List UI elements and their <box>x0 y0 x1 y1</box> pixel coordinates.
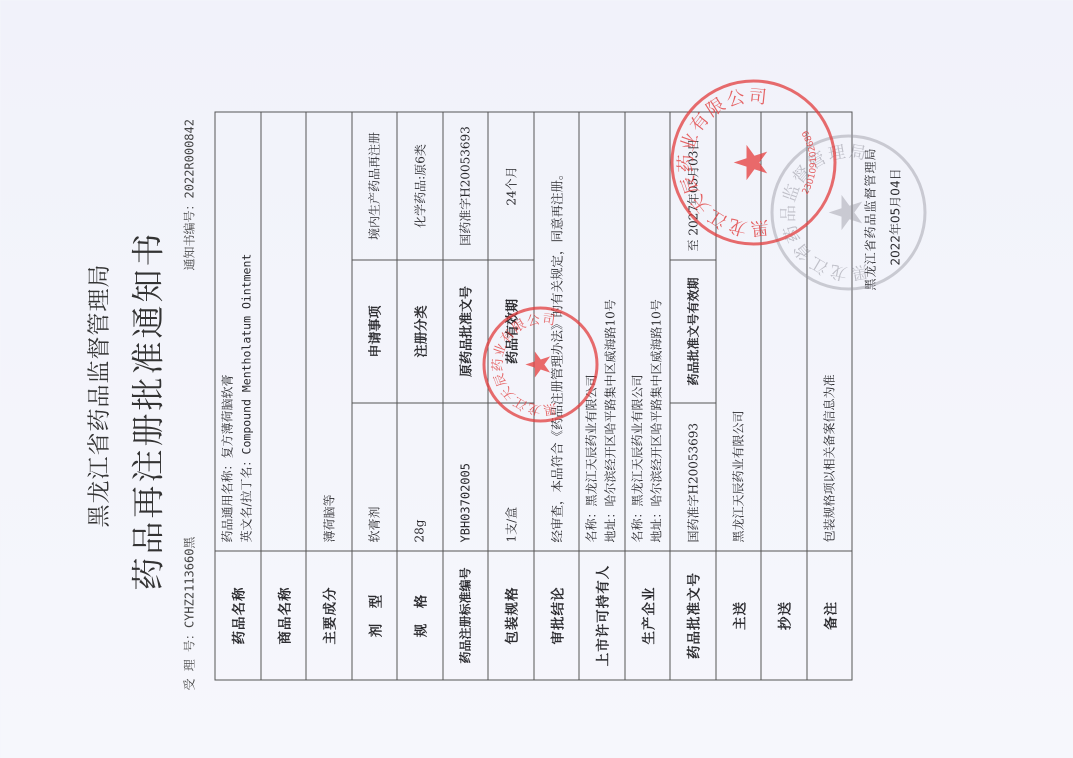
notice-number: 通知书编号：2022R000842 <box>180 119 197 271</box>
mah-address-label: 地址： <box>603 506 617 542</box>
signature-date: 2022年05月04日 <box>886 168 903 265</box>
ingredients-label: 主要成分 <box>306 551 352 680</box>
english-name-label: 英文名/拉丁名： <box>239 454 253 542</box>
generic-name-value: 复方薄荷脑软膏 <box>220 374 234 458</box>
document-title: 药品再注册批准通知书 <box>122 62 169 758</box>
receipt-number: 受 理 号：CYHZ2113660黑 <box>180 536 197 690</box>
shelf-life-label: 药品有效期 <box>488 260 534 403</box>
generic-name-label: 药品通用名称： <box>220 458 234 542</box>
manufacturer-address-value: 哈尔滨经开区哈平路集中区威海路10号 <box>649 299 663 506</box>
manufacturer-label: 生产企业 <box>624 551 670 680</box>
table-row-drug-name: 药品名称 药品通用名称：复方薄荷脑软膏 英文名/拉丁名：Compound Men… <box>215 111 261 679</box>
packaging-value: 1支/盒 <box>488 403 534 551</box>
main-recipient-label: 主送 <box>715 551 761 680</box>
table-row-packaging: 包装规格 1支/盒 药品有效期 24个月 <box>488 111 534 679</box>
remarks-value: 包装规格项以相关备案信息为准 <box>806 111 852 550</box>
ingredients-value: 薄荷脑等 <box>306 111 352 550</box>
cc-label: 抄送 <box>761 551 807 680</box>
table-row-cc: 抄送 <box>761 111 807 679</box>
packaging-label: 包装规格 <box>488 551 534 680</box>
signature-agency: 黑龙江省药品监督管理局 <box>861 147 878 290</box>
table-row-specification: 规 格 28g 注册分类 化学药品:原6类 <box>397 111 443 679</box>
table-row-manufacturer: 生产企业 名称：黑龙江天辰药业有限公司 地址：哈尔滨经开区哈平路集中区威海路10… <box>624 111 670 679</box>
main-recipient-value: 黑龙江天辰药业有限公司 <box>715 111 761 550</box>
standard-no-value: YBH03702005 <box>442 403 488 551</box>
approval-notice-page: 黑龙江省药品监督管理局 药品再注册批准通知书 受 理 号：CYHZ2113660… <box>0 0 1073 758</box>
registration-info-table: 药品名称 药品通用名称：复方薄荷脑软膏 英文名/拉丁名：Compound Men… <box>214 111 852 680</box>
mah-name-value: 黑龙江天辰药业有限公司 <box>584 374 598 506</box>
registration-category-value: 化学药品:原6类 <box>397 111 443 259</box>
conclusion-label: 审批结论 <box>533 551 579 680</box>
receipt-number-value: CYHZ2113660黑 <box>182 536 196 627</box>
dosage-form-value: 软膏剂 <box>351 403 397 551</box>
conclusion-value: 经审查，本品符合《药品注册管理办法》的有关规定，同意再注册。 <box>533 111 579 550</box>
drug-name-value: 药品通用名称：复方薄荷脑软膏 英文名/拉丁名：Compound Menthola… <box>215 111 261 550</box>
mah-value: 名称：黑龙江天辰药业有限公司 地址：哈尔滨经开区哈平路集中区威海路10号 <box>579 111 625 550</box>
manufacturer-address-label: 地址： <box>649 506 663 542</box>
table-row-standard-no: 药品注册标准编号 YBH03702005 原药品批准文号 国药准字H200536… <box>442 111 488 679</box>
drug-name-label: 药品名称 <box>215 551 261 680</box>
table-row-trade-name: 商品名称 <box>260 111 306 679</box>
mah-label: 上市许可持有人 <box>579 551 625 680</box>
approval-validity-label: 药品批准文号有效期 <box>670 260 716 403</box>
table-row-ingredients: 主要成分 薄荷脑等 <box>306 111 352 679</box>
original-approval-no-label: 原药品批准文号 <box>442 260 488 403</box>
dosage-form-label: 剂 型 <box>351 551 397 680</box>
original-approval-no-value: 国药准字H20053693 <box>442 111 488 259</box>
approval-validity-value: 至 2027年05月03日 <box>670 111 716 259</box>
table-row-remarks: 备注 包装规格项以相关备案信息为准 <box>806 111 852 679</box>
application-item-value: 境内生产药品再注册 <box>351 111 397 259</box>
mah-name-label: 名称： <box>584 506 598 542</box>
registration-category-label: 注册分类 <box>397 260 443 403</box>
table-row-conclusion: 审批结论 经审查，本品符合《药品注册管理办法》的有关规定，同意再注册。 <box>533 111 579 679</box>
remarks-label: 备注 <box>806 551 852 680</box>
table-row-dosage-form: 剂 型 软膏剂 申请事项 境内生产药品再注册 <box>351 111 397 679</box>
manufacturer-name-value: 黑龙江天辰药业有限公司 <box>630 374 644 506</box>
english-name-value: Compound Mentholatum Ointment <box>239 253 253 454</box>
approval-no-value: 国药准字H20053693 <box>670 403 716 551</box>
receipt-number-label: 受 理 号： <box>182 628 196 690</box>
shelf-life-value: 24个月 <box>488 111 534 259</box>
table-row-mah: 上市许可持有人 名称：黑龙江天辰药业有限公司 地址：哈尔滨经开区哈平路集中区威海… <box>579 111 625 679</box>
specification-label: 规 格 <box>397 551 443 680</box>
trade-name-label: 商品名称 <box>260 551 306 680</box>
notice-number-value: 2022R000842 <box>182 119 196 198</box>
standard-no-label: 药品注册标准编号 <box>442 551 488 680</box>
manufacturer-value: 名称：黑龙江天辰药业有限公司 地址：哈尔滨经开区哈平路集中区威海路10号 <box>624 111 670 550</box>
issuing-agency-title: 黑龙江省药品监督管理局 <box>80 32 113 758</box>
manufacturer-name-label: 名称： <box>630 506 644 542</box>
notice-number-label: 通知书编号： <box>182 198 196 270</box>
table-row-main-recipient: 主送 黑龙江天辰药业有限公司 <box>715 111 761 679</box>
specification-value: 28g <box>397 403 443 551</box>
cc-value <box>761 111 807 550</box>
trade-name-value <box>260 111 306 550</box>
approval-no-label: 药品批准文号 <box>670 551 716 680</box>
table-row-approval-no: 药品批准文号 国药准字H20053693 药品批准文号有效期 至 2027年05… <box>670 111 716 679</box>
application-item-label: 申请事项 <box>351 260 397 403</box>
mah-address-value: 哈尔滨经开区哈平路集中区威海路10号 <box>603 299 617 506</box>
